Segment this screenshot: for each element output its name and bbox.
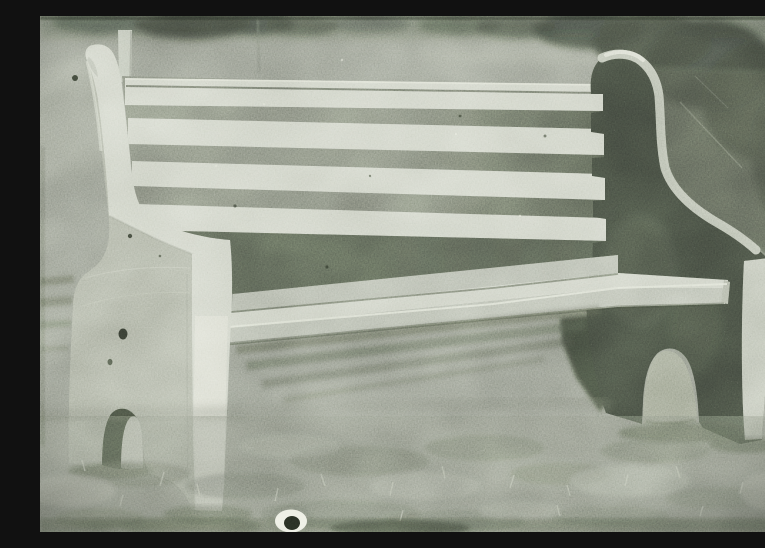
vignette — [40, 16, 765, 532]
photograph: Black-and-white photograph of a slatted … — [40, 16, 765, 532]
photo-canvas — [40, 16, 765, 532]
photo-artifacts — [40, 16, 765, 532]
